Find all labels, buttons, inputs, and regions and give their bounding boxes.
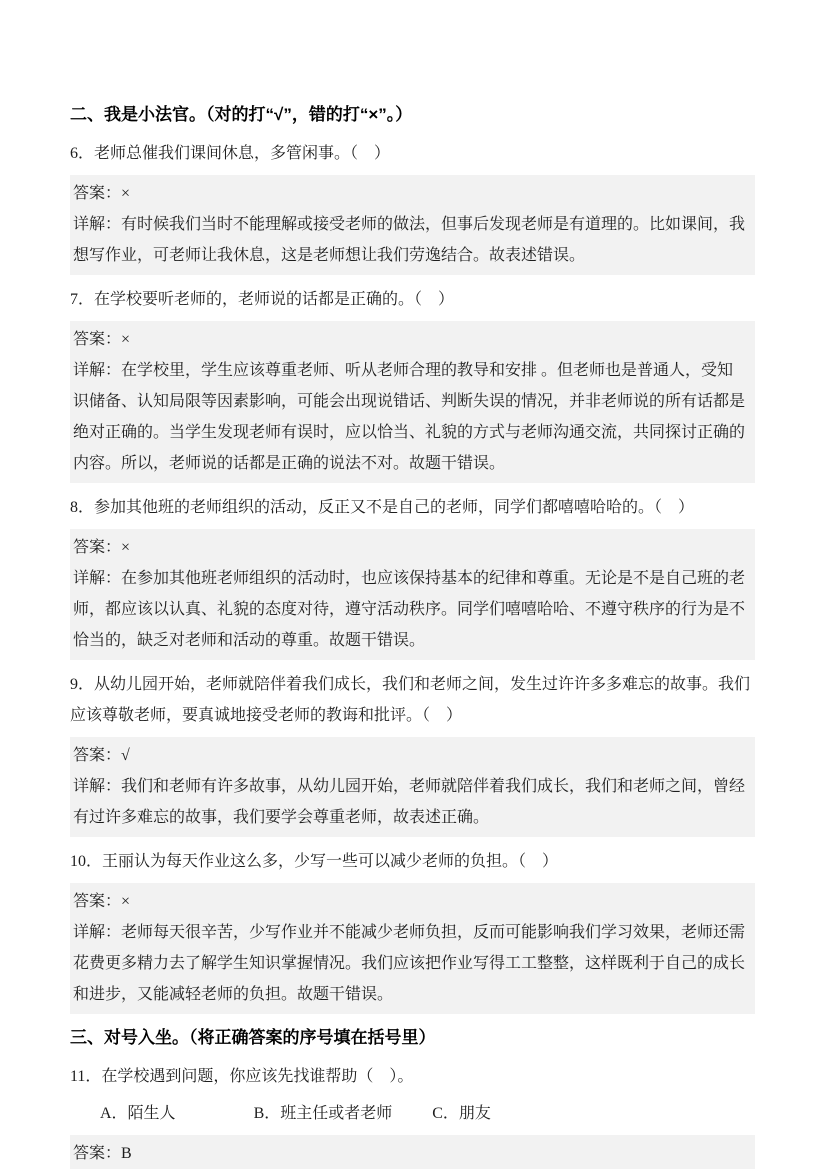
analysis-text: 有时候我们当时不能理解或接受老师的做法，但事后发现老师是有道理的。比如课间，我想…	[73, 216, 745, 264]
worksheet-page: 二、我是小法官。（对的打“√”，错的打“×”。） 6．老师总催我们课间休息，多管…	[0, 0, 826, 1169]
question-10-answer-block: 答案：× 详解：老师每天很辛苦，少写作业并不能减少老师负担，反而可能影响我们学习…	[70, 883, 755, 1014]
answer-value: ×	[121, 539, 130, 556]
question-11-options: A．陌生人B．班主任或者老师C．朋友	[70, 1098, 755, 1129]
question-8-text: 8．参加其他班的老师组织的活动，反正又不是自己的老师，同学们都嘻嘻哈哈的。（ ）	[70, 492, 755, 523]
question-9-text: 9．从幼儿园开始，老师就陪伴着我们成长，我们和老师之间，发生过许许多多难忘的故事…	[70, 669, 755, 731]
question-7-text: 7．在学校要听老师的，老师说的话都是正确的。（ ）	[70, 284, 755, 315]
question-7-answer-block: 答案：× 详解：在学校里，学生应该尊重老师、听从老师合理的教导和安排 。但老师也…	[70, 321, 755, 483]
answer-line: 答案：×	[73, 324, 749, 355]
answer-label: 答案：	[73, 539, 121, 556]
analysis-label: 详解：	[73, 924, 121, 941]
section-choice-heading: 三、对号入坐。（将正确答案的序号填在括号里）	[70, 1023, 755, 1053]
question-11-answer-block: 答案：B	[70, 1135, 755, 1169]
answer-value: ×	[121, 185, 130, 202]
answer-line: 答案：×	[73, 532, 749, 563]
analysis-text: 我们和老师有许多故事，从幼儿园开始，老师就陪伴着我们成长，我们和老师之间，曾经有…	[73, 778, 745, 826]
section-judge-heading: 二、我是小法官。（对的打“√”，错的打“×”。）	[70, 100, 755, 130]
question-8-answer-block: 答案：× 详解：在参加其他班老师组织的活动时，也应该保持基本的纪律和尊重。无论是…	[70, 529, 755, 660]
answer-value: ×	[121, 331, 130, 348]
answer-label: 答案：	[73, 893, 121, 910]
option-a: A．陌生人	[100, 1098, 176, 1129]
answer-line: 答案：√	[73, 740, 749, 771]
option-b: B．班主任或者老师	[254, 1098, 393, 1129]
analysis-line: 详解：我们和老师有许多故事，从幼儿园开始，老师就陪伴着我们成长，我们和老师之间，…	[73, 771, 749, 833]
answer-label: 答案：	[73, 1145, 121, 1162]
answer-label: 答案：	[73, 185, 121, 202]
answer-value: ×	[121, 893, 130, 910]
answer-label: 答案：	[73, 331, 121, 348]
answer-value: √	[121, 747, 130, 764]
analysis-line: 详解：在学校里，学生应该尊重老师、听从老师合理的教导和安排 。但老师也是普通人，…	[73, 355, 749, 479]
option-c: C．朋友	[432, 1098, 491, 1129]
answer-line: 答案：×	[73, 178, 749, 209]
analysis-line: 详解：有时候我们当时不能理解或接受老师的做法，但事后发现老师是有道理的。比如课间…	[73, 209, 749, 271]
analysis-label: 详解：	[73, 570, 121, 587]
analysis-text: 在学校里，学生应该尊重老师、听从老师合理的教导和安排 。但老师也是普通人，受知识…	[73, 362, 745, 472]
analysis-line: 详解：在参加其他班老师组织的活动时，也应该保持基本的纪律和尊重。无论是不是自己班…	[73, 563, 749, 656]
question-11-text: 11．在学校遇到问题，你应该先找谁帮助（ ）。	[70, 1061, 755, 1092]
analysis-label: 详解：	[73, 216, 121, 233]
analysis-text: 在参加其他班老师组织的活动时，也应该保持基本的纪律和尊重。无论是不是自己班的老师…	[73, 570, 745, 649]
analysis-line: 详解：老师每天很辛苦，少写作业并不能减少老师负担，反而可能影响我们学习效果，老师…	[73, 917, 749, 1010]
question-10-text: 10．王丽认为每天作业这么多，少写一些可以减少老师的负担。（ ）	[70, 846, 755, 877]
analysis-text: 老师每天很辛苦，少写作业并不能减少老师负担，反而可能影响我们学习效果，老师还需花…	[73, 924, 745, 1003]
question-9-answer-block: 答案：√ 详解：我们和老师有许多故事，从幼儿园开始，老师就陪伴着我们成长，我们和…	[70, 737, 755, 837]
analysis-label: 详解：	[73, 362, 121, 379]
question-6-text: 6．老师总催我们课间休息，多管闲事。（ ）	[70, 138, 755, 169]
analysis-label: 详解：	[73, 778, 121, 795]
answer-line: 答案：×	[73, 886, 749, 917]
answer-label: 答案：	[73, 747, 121, 764]
answer-line: 答案：B	[73, 1138, 749, 1169]
question-6-answer-block: 答案：× 详解：有时候我们当时不能理解或接受老师的做法，但事后发现老师是有道理的…	[70, 175, 755, 275]
answer-value: B	[121, 1145, 132, 1162]
